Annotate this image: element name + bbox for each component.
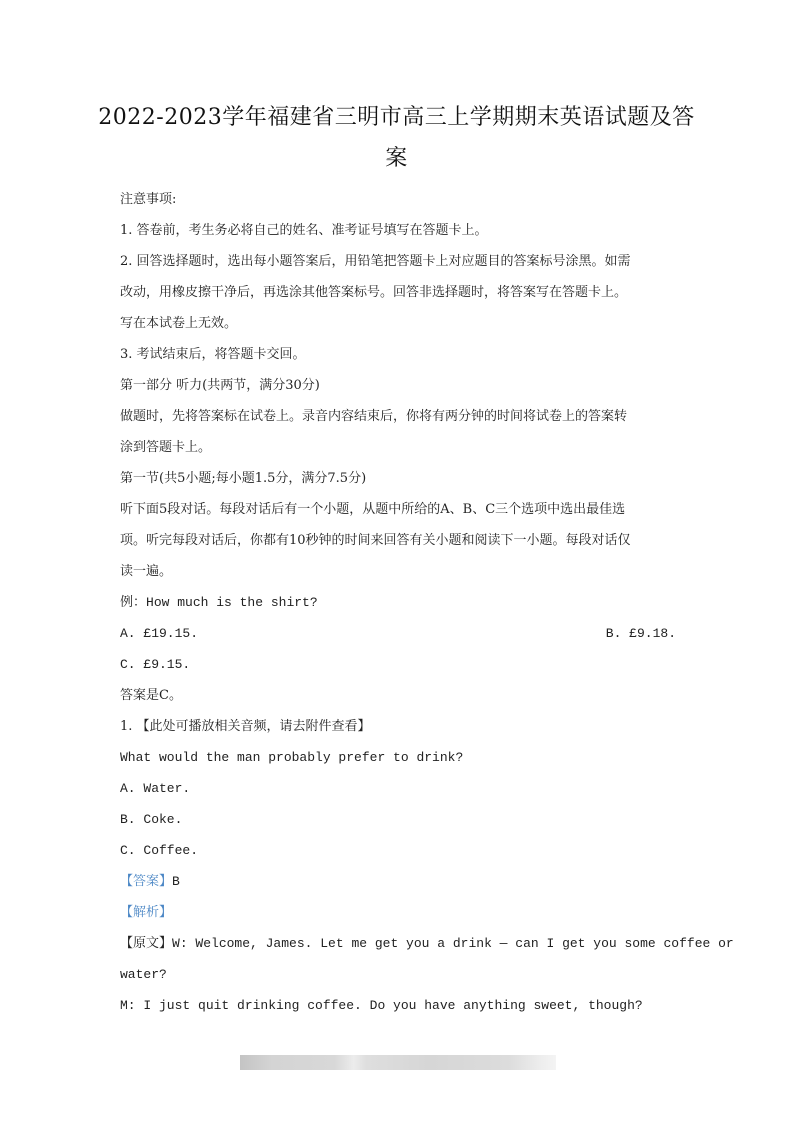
part1-instruction: 涂到答题卡上。 xyxy=(120,432,676,463)
question1-answer: 【答案】B xyxy=(120,866,676,897)
example-question-text: How much is the shirt? xyxy=(146,595,318,610)
transcript-text: W: Welcome, James. Let me get you a drin… xyxy=(172,936,734,951)
section1-instruction: 听下面5段对话。每段对话后有一个小题，从题中所给的A、B、C三个选项中选出最佳选 xyxy=(120,494,676,525)
example-option-b: B. £9.18. xyxy=(606,618,676,649)
question1-option-a: A. Water. xyxy=(120,773,676,804)
document-body: 注意事项: 1. 答卷前，考生务必将自己的姓名、准考证号填写在答题卡上。 2. … xyxy=(120,184,676,1021)
example-answer: 答案是C。 xyxy=(120,680,676,711)
note-line: 2. 回答选择题时，选出每小题答案后，用铅笔把答题卡上对应题目的答案标号涂黑。如… xyxy=(120,246,676,277)
note-line: 1. 答卷前，考生务必将自己的姓名、准考证号填写在答题卡上。 xyxy=(120,215,676,246)
example-options-row: A. £19.15. B. £9.18. xyxy=(120,618,676,649)
example-prefix: 例： xyxy=(120,595,146,610)
transcript-label: 【原文】 xyxy=(120,936,172,951)
example-question: 例：How much is the shirt? xyxy=(120,587,676,618)
document-title-line-1: 2022-2023学年福建省三明市高三上学期期末英语试题及答 xyxy=(0,104,793,132)
example-option-a: A. £19.15. xyxy=(120,618,198,649)
note-line: 写在本试卷上无效。 xyxy=(120,308,676,339)
question1-option-c: C. Coffee. xyxy=(120,835,676,866)
answer-label: 【答案】 xyxy=(120,874,172,889)
transcript-line: 【原文】W: Welcome, James. Let me get you a … xyxy=(120,928,676,959)
example-option-c: C. £9.15. xyxy=(120,649,676,680)
section1-instruction: 项。听完每段对话后，你都有10秒钟的时间来回答有关小题和阅读下一小题。每段对话仅 xyxy=(120,525,676,556)
note-line: 改动，用橡皮擦干净后，再选涂其他答案标号。回答非选择题时，将答案写在答题卡上。 xyxy=(120,277,676,308)
note-line: 3. 考试结束后，将答题卡交回。 xyxy=(120,339,676,370)
document-title-line-2: 案 xyxy=(0,145,793,173)
answer-value: B xyxy=(172,874,180,889)
part1-heading: 第一部分 听力(共两节，满分30分) xyxy=(120,370,676,401)
transcript-line: M: I just quit drinking coffee. Do you h… xyxy=(120,990,676,1021)
notes-heading: 注意事项: xyxy=(120,184,676,215)
section1-instruction: 读一遍。 xyxy=(120,556,676,587)
section1-heading: 第一节(共5小题;每小题1.5分，满分7.5分) xyxy=(120,463,676,494)
question1-option-b: B. Coke. xyxy=(120,804,676,835)
question1-number-line: 1. 【此处可播放相关音频，请去附件查看】 xyxy=(120,711,676,742)
transcript-line: water? xyxy=(120,959,676,990)
blurred-footer-watermark xyxy=(240,1055,556,1070)
part1-instruction: 做题时，先将答案标在试卷上。录音内容结束后，你将有两分钟的时间将试卷上的答案转 xyxy=(120,401,676,432)
document-page: 2022-2023学年福建省三明市高三上学期期末英语试题及答 案 注意事项: 1… xyxy=(0,0,793,1122)
analysis-label: 【解析】 xyxy=(120,897,676,928)
question1-text: What would the man probably prefer to dr… xyxy=(120,742,676,773)
